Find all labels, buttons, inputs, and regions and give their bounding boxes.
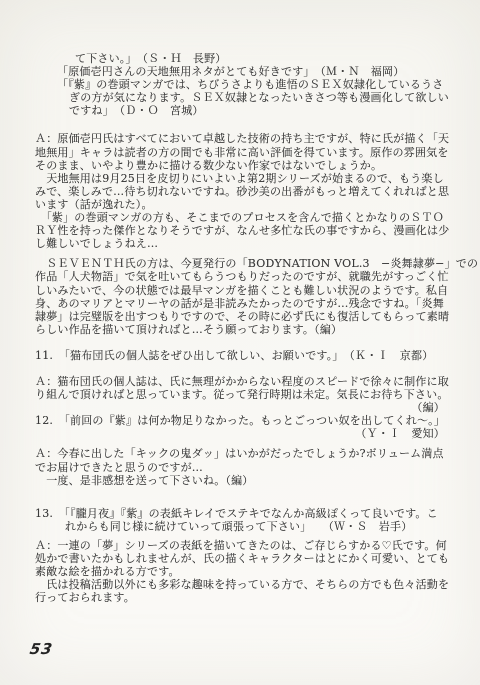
reply-line: います（話が逸れた）。 [35, 198, 447, 211]
question-attribution: （Ｙ・Ｉ 愛知） [35, 427, 447, 440]
reader-comment-line: ぎの方が気になります。ＳＥＸ奴隷となったいきさつ等も漫画化して欲しい [35, 91, 447, 104]
reply-line: らしい作品を描いて頂ければと…そう願っております。（編） [35, 323, 447, 336]
reply-line: 素敵な絵を描かれる方です。 [35, 565, 447, 578]
reply-line: ＳＥＶＥＮＴＨ氏の方は、今夏発行の「BODYNATION VOL.3 −炎舞隷夢… [35, 257, 447, 270]
reader-comment-line: ですね」 （Ｄ・Ｏ 宮城） [35, 104, 447, 117]
reply-line: 地無用」キャラは読者の方の間でも非常に高い評価を得ています。原作の雰囲気を [35, 146, 447, 159]
reply-line: Ａ：今春に出した「キックの鬼ダッ」はいかがだったでしょうか?ボリューム満点 [35, 447, 447, 460]
reply-line: Ａ：猫布団氏の個人誌は、氏に無理がかからない程度のスピードで徐々に制作に取 [35, 375, 447, 388]
reply-line: し難しいでしょうねえ… [35, 237, 447, 250]
reader-comment-line: 「原価壱円さんの天地無用ネタがとても好きです」 （Ｍ・Ｎ 福岡） [35, 65, 447, 78]
reply-line: Ａ：一連の「夢」シリーズの表紙を描いてきたのは、ご存じらすかる♡氏です。何 [35, 539, 447, 552]
reply-line: 隷夢」は完璧版を出すつもりですので、その時に必ず氏にも復活してもらって素晴 [35, 310, 447, 323]
reply-line: 作品「人犬物語」で気を吐いてもらうつもりだったのですが、就職先がすっごく忙 [35, 270, 447, 283]
question-12-block: 12. 「前回の『紫』は何か物足りなかった。もっとごっつい奴を出してくれ〜。」 … [35, 414, 447, 440]
reply-12-block: Ａ：今春に出した「キックの鬼ダッ」はいかがだったでしょうか?ボリューム満点 でお… [35, 447, 447, 486]
reply-line: り組んで頂ければと思っています。従って発行時期は未定。気長にお待ち下さい。 [35, 388, 447, 401]
letters-column: て下さい。」 （Ｓ・Ｈ 長野） 「原価壱円さんの天地無用ネタがとても好きです」 … [35, 52, 447, 604]
reply-line: 一度、是非感想を送って下さいね。（編） [35, 474, 447, 487]
question-line: れからも同じ様に続けていって頑張って下さい」 （Ｗ・Ｓ 岩手） [35, 520, 447, 533]
reply-line: みで、楽しみで…待ち切れないですね。砂沙美の出番がもっと増えてくれればと思 [35, 185, 447, 198]
question-13-block: 13. 「『朧月夜』『紫』の表紙キレイでステキでなんか高級ぽくって良いです。こ … [35, 507, 447, 533]
scanned-page: て下さい。」 （Ｓ・Ｈ 長野） 「原価壱円さんの天地無用ネタがとても好きです」 … [0, 0, 480, 685]
editor-reply-seventh-block: ＳＥＶＥＮＴＨ氏の方は、今夏発行の「BODYNATION VOL.3 −炎舞隷夢… [35, 257, 447, 336]
reply-line: 「紫」の巻頭マンガの方も、そこまでのプロセスを含んで描くとかなりのＳＴＯ [35, 211, 447, 224]
reply-11-block: Ａ：猫布団氏の個人誌は、氏に無理がかからない程度のスピードで徐々に制作に取 り組… [35, 375, 447, 414]
reply-line: 行っておられます。 [35, 591, 447, 604]
reply-line: そのまま、いやより豊かに描ける数少ない作家ではないでしょうか。 [35, 159, 447, 172]
page-number: 53 [28, 640, 54, 658]
question-line: 11. 「猫布団氏の個人誌をぜひ出して欲しい、お願いです。」 （Ｋ・Ｉ 京都） [35, 349, 447, 362]
reply-line: しいみたいで、今の状態では最早マンガを描くことも難しい状況のようです。私自 [35, 284, 447, 297]
reply-line: 氏は投稿活動以外にも多彩な趣味を持っている方で、そちらの方でも色々活動を [35, 578, 447, 591]
question-11-block: 11. 「猫布団氏の個人誌をぜひ出して欲しい、お願いです。」 （Ｋ・Ｉ 京都） [35, 349, 447, 362]
question-line: 12. 「前回の『紫』は何か物足りなかった。もっとごっつい奴を出してくれ〜。」 [35, 414, 447, 427]
question-line: 13. 「『朧月夜』『紫』の表紙キレイでステキでなんか高級ぽくって良いです。こ [35, 507, 447, 520]
reply-13-block: Ａ：一連の「夢」シリーズの表紙を描いてきたのは、ご存じらすかる♡氏です。何 処か… [35, 539, 447, 604]
reply-line: Ａ：原価壱円氏はすべてにおいて卓越した技術の持ち主ですが、特に氏が描く「天 [35, 132, 447, 145]
editor-reply-10-block: Ａ：原価壱円氏はすべてにおいて卓越した技術の持ち主ですが、特に氏が描く「天 地無… [35, 132, 447, 250]
reply-line: 身、あのマリアとマリーヤの話が是非読みたかったのですが…残念ですね。「炎舞 [35, 297, 447, 310]
reader-comment-line: て下さい。」 （Ｓ・Ｈ 長野） [35, 52, 447, 65]
reply-line: 処かで書いたかもしれませんが、氏の描くキャラクターはとにかく可愛い、とても [35, 552, 447, 565]
reply-line: 天地無用は9月25日を皮切りにいよいよ第2期シリーズが始まるので、もう楽し [35, 172, 447, 185]
reader-comment-line: 「『紫』の巻頭マンガでは、ちびうさよりも進悟のＳＥＸ奴隷化しているうさ [35, 78, 447, 91]
editor-sign: （編） [35, 401, 447, 414]
reply-line: でお届けできたと思うのですが… [35, 461, 447, 474]
reply-line: ＲＹ性を持った傑作となりそうですが、なんせ多忙な氏の事ですから、漫画化は少 [35, 224, 447, 237]
reader-comments-block: て下さい。」 （Ｓ・Ｈ 長野） 「原価壱円さんの天地無用ネタがとても好きです」 … [35, 52, 447, 117]
